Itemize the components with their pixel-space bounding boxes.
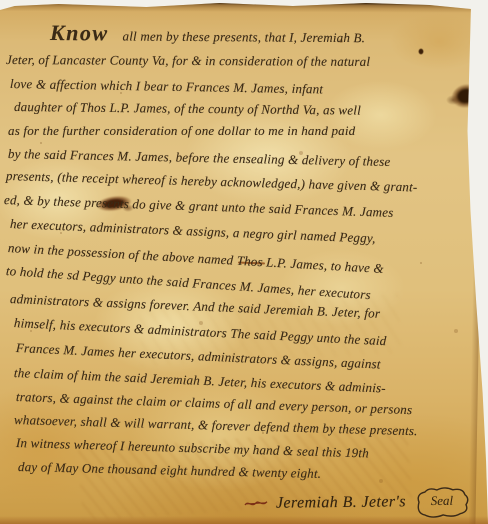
document-scan: Knowall men by these presents, that I, J… bbox=[0, 0, 488, 524]
aged-paper-sheet: Knowall men by these presents, that I, J… bbox=[0, 0, 488, 524]
ink-flourish-icon bbox=[244, 499, 268, 509]
signature-block: Jeremiah B. Jeter's Seal bbox=[244, 486, 470, 520]
doc-line: ed, & by these presents do give & grant … bbox=[4, 193, 394, 219]
doc-line-text: all men by these presents, that I, Jerem… bbox=[123, 29, 366, 46]
doc-line: Jeter, of Lancaster County Va, for & in … bbox=[6, 53, 370, 68]
doc-line: her executors, administrators & assigns,… bbox=[10, 217, 376, 245]
signature-name: Jeremiah B. Jeter's bbox=[276, 493, 406, 512]
foxing-specks bbox=[0, 0, 2, 2]
ink-spot bbox=[418, 48, 424, 55]
doc-line: as for the further consideration of one … bbox=[8, 124, 355, 137]
hand-drawn-seal: Seal bbox=[414, 486, 470, 519]
doc-line: Knowall men by these presents, that I, J… bbox=[50, 22, 365, 46]
doc-line: presents, (the receipt whereof is hereby… bbox=[6, 169, 418, 193]
doc-line: by the said Frances M. James, before the… bbox=[8, 147, 391, 168]
doc-line: whatsoever, shall & will warrant, & fore… bbox=[14, 413, 418, 437]
seal-label: Seal bbox=[414, 486, 470, 517]
doc-line: daughter of Thos L.P. James, of the coun… bbox=[14, 100, 361, 117]
opening-word: Know bbox=[50, 20, 109, 45]
torn-top-edge bbox=[0, 0, 480, 13]
ink-stain-tail bbox=[446, 95, 460, 105]
doc-line: love & affection which I bear to Frances… bbox=[10, 77, 323, 95]
torn-right-edge bbox=[468, 0, 484, 524]
